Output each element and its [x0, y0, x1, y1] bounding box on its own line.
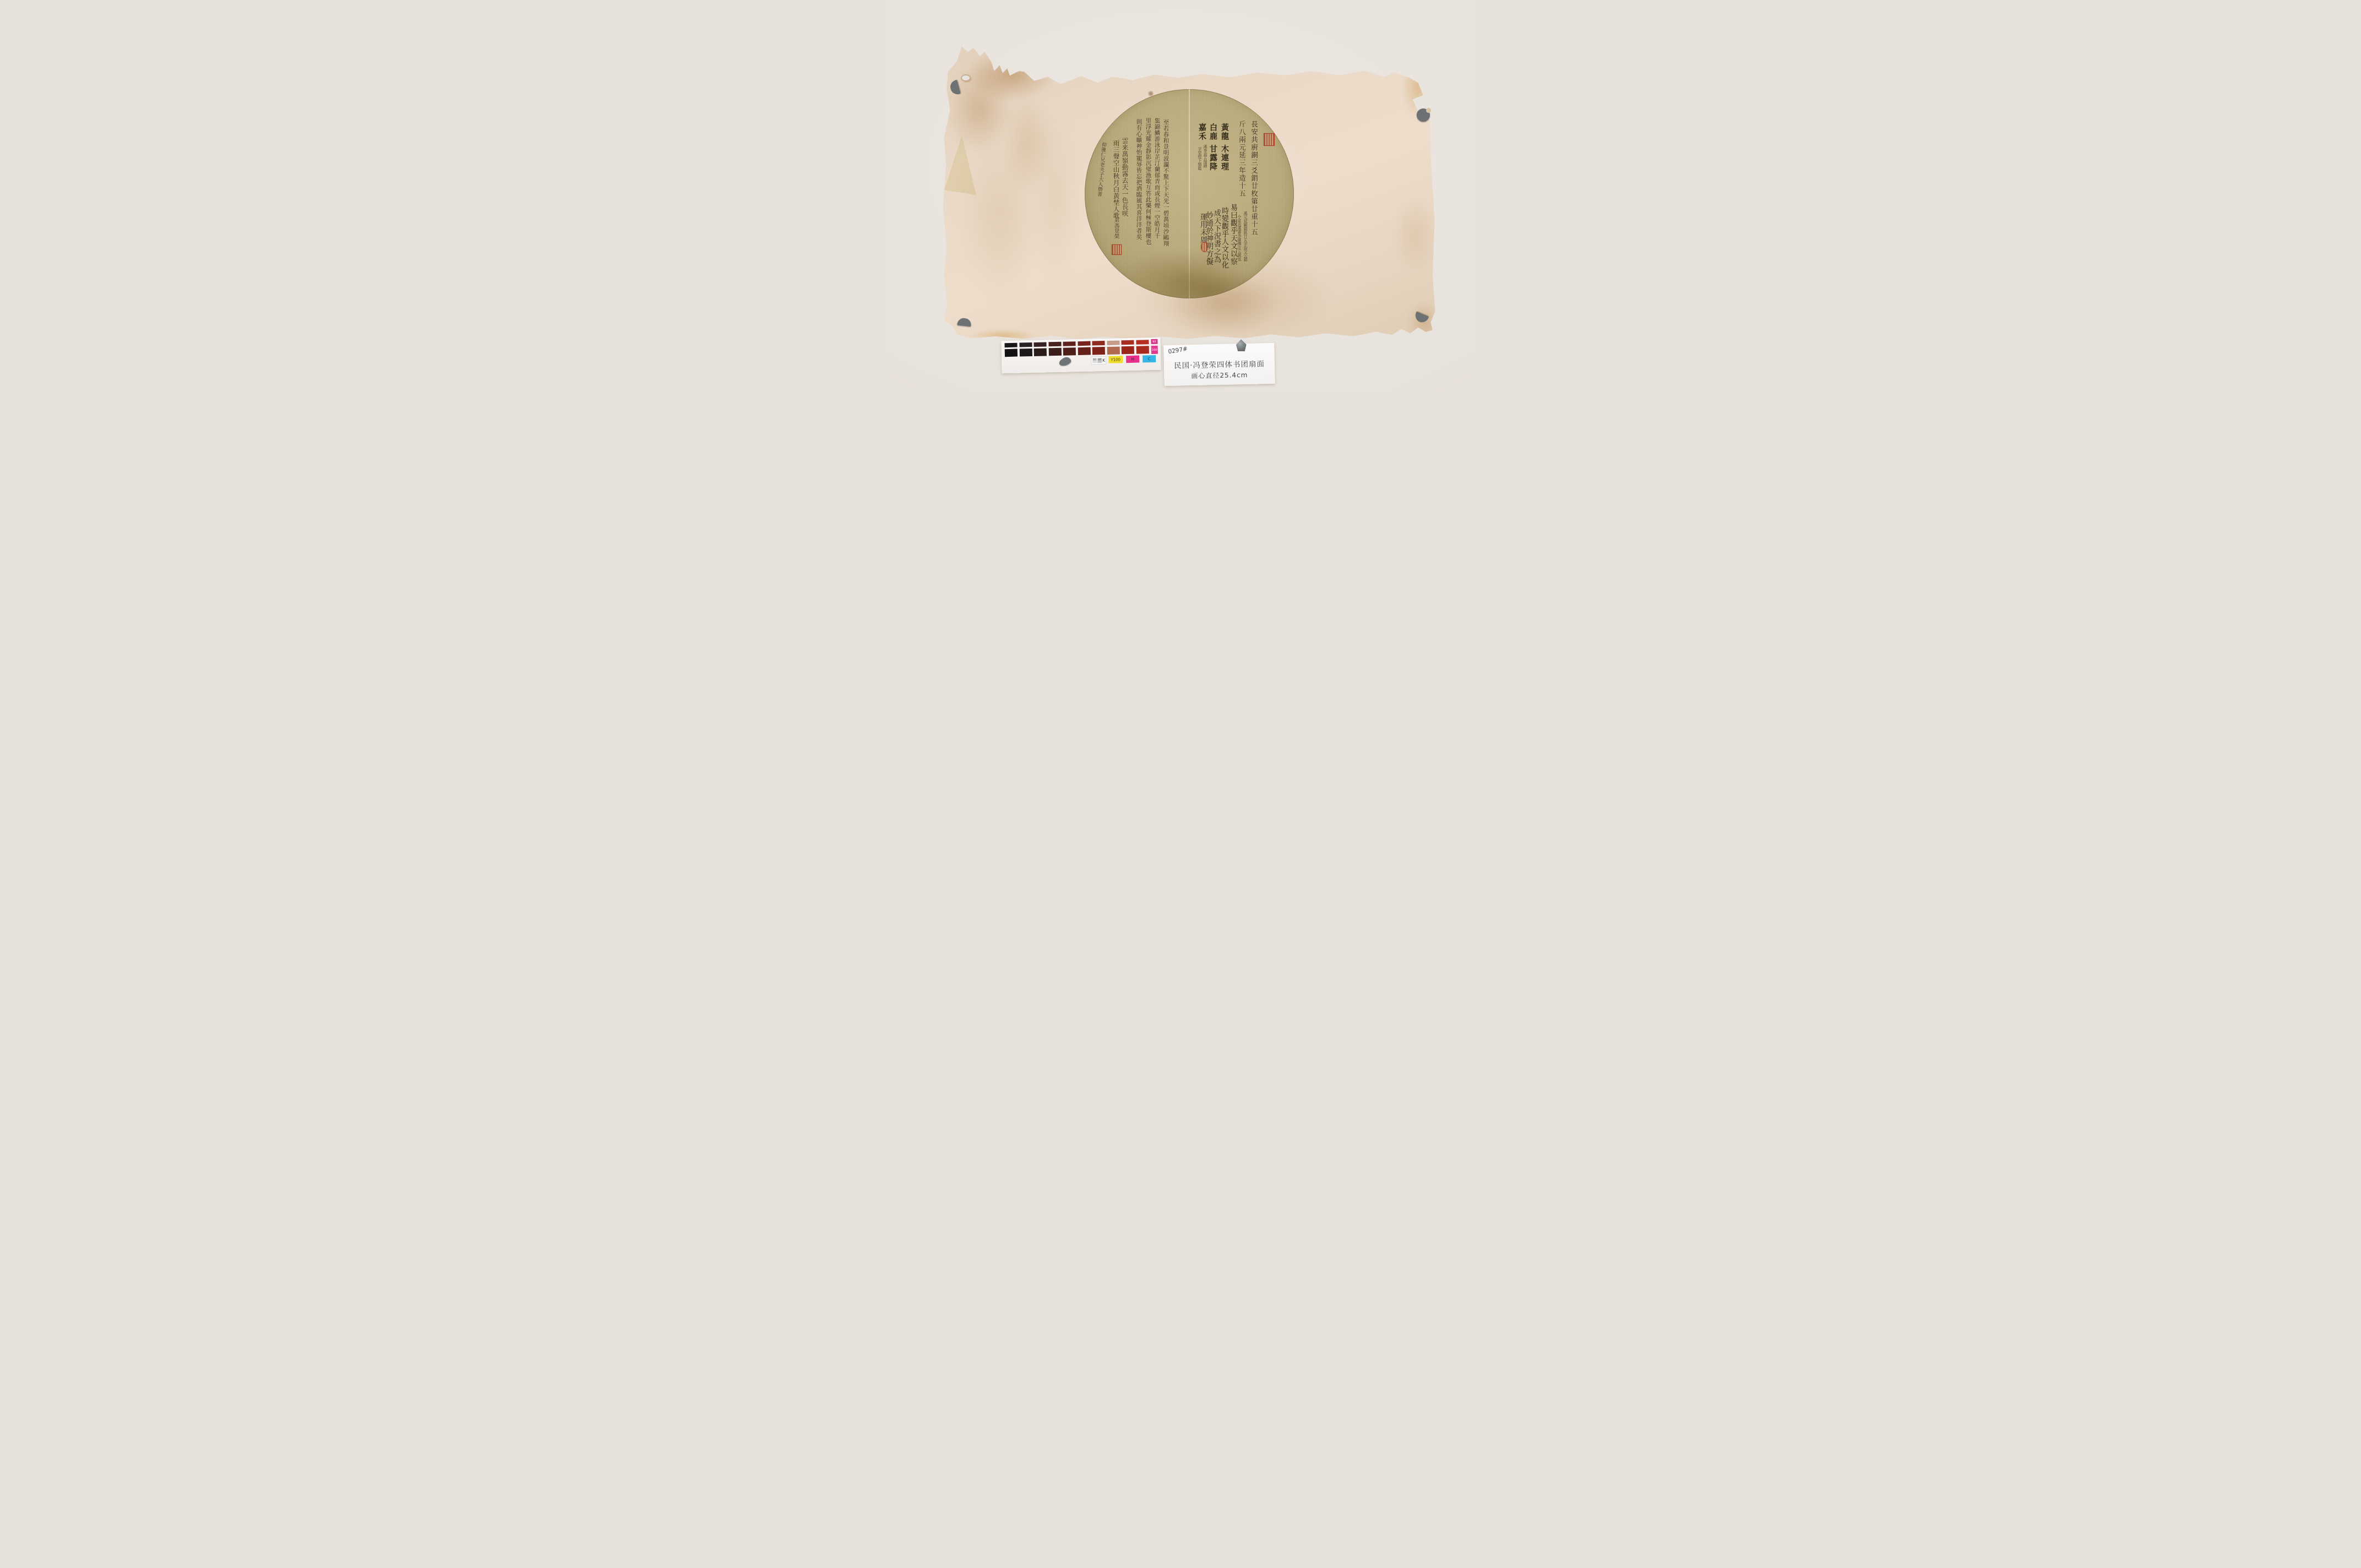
clerical-note-2: 字榮燈下憶臨 [1198, 147, 1201, 170]
cursive-column-1: 易曰觀乎天文以察 [1230, 204, 1237, 265]
photo-backdrop: 長安共廚銅三爻鋗廿枚第廿重十五 斤八兩元延三年造十五 漢元延銅鋗銘廿五字說文云鋗… [885, 0, 1476, 392]
poem-column-2: 雨三聲空山秋月白黃埜人歌 [1113, 140, 1119, 219]
catalog-number: 0297# [1168, 346, 1188, 356]
stain [967, 48, 1055, 101]
cal-c-label: C [1148, 357, 1151, 361]
cursive-column-3: 成天下況書之為 [1213, 209, 1220, 263]
oval-seal-stamp [1201, 242, 1208, 252]
catalog-label: 0297# 民国·冯登荣四体书团扇面 画心直径25.4cm [1163, 343, 1275, 386]
clerical-column-2a: 白鹿 [1209, 123, 1217, 141]
cal-patch [1063, 347, 1076, 356]
cal-y100-label: Y100 [1111, 357, 1120, 362]
signature-seal-stamp [1112, 244, 1122, 255]
cal-k-40: 40 [1097, 358, 1102, 363]
artwork-sheet: 長安共廚銅三爻鋗廿枚第廿重十五 斤八兩元延三年造十五 漢元延銅鋗銘廿五字說文云鋗… [937, 43, 1438, 345]
poem-column-1: 雲来萬嶺動霧去天一色長咲 [1122, 138, 1128, 217]
regular-column-1: 至若春和景明波瀾不驚上下天光一碧萬頃沙鷗翔 [1163, 119, 1169, 247]
stain [946, 65, 1013, 153]
clerical-note-1: 漢李翕五瑞碑 [1203, 145, 1207, 168]
stain [959, 137, 1041, 302]
seal-script-column-1: 長安共廚銅三爻鋗廿枚第廿重十五 [1250, 121, 1258, 236]
cal-patch [1092, 341, 1105, 346]
cal-patch [1136, 340, 1149, 345]
cal-patch [1048, 348, 1061, 356]
stain [1030, 109, 1080, 291]
seal-script-column-2: 斤八兩元延三年造十五 [1238, 121, 1245, 198]
under-sheet-corner [944, 135, 976, 195]
cal-90-label: 90 [1152, 340, 1156, 343]
cal-patch [1019, 349, 1032, 357]
signature-column: 弟馮登榮 [1113, 217, 1119, 238]
stain [1394, 197, 1438, 274]
cursive-column-2: 時變觀乎人文以化 [1221, 207, 1228, 269]
cal-patch [1136, 346, 1149, 354]
stone-weight-on-label [1234, 339, 1248, 352]
dedication-column: 仰蓮仁兄老夫子大人僭書 [1096, 142, 1106, 197]
cal-k-patch: 80 40 K [1091, 356, 1106, 365]
clerical-column-1b: 木連理 [1221, 145, 1228, 171]
cal-k-80: 80 [1092, 358, 1097, 363]
clerical-column-3a: 嘉禾 [1198, 123, 1206, 141]
paper-hole [961, 74, 971, 81]
cal-patch [1034, 348, 1047, 356]
cal-patch [1122, 346, 1134, 355]
regular-column-2: 集錦鱗游泳岸芷汀蘭郁青而或長煙一空皓月千 [1154, 118, 1160, 239]
cal-m-patch: M [1126, 356, 1139, 363]
cal-patch [1121, 340, 1134, 345]
seal-script-note-2: 小盆也漢書李廣傳注云銚也 [1237, 215, 1241, 261]
fan-circle: 長安共廚銅三爻鋗廿枚第廿重十五 斤八兩元延三年造十五 漢元延銅鋗銘廿五字說文云鋗… [1085, 89, 1294, 298]
stain [1003, 95, 1052, 194]
label-dimension: 画心直径25.4cm [1164, 369, 1275, 381]
stone-weight-on-strip [1058, 356, 1072, 367]
cursive-column-5: 運用未周 [1199, 213, 1206, 244]
cal-patch [1005, 349, 1018, 357]
cal-patch [1107, 346, 1119, 355]
red-seal-stamp [1264, 133, 1275, 146]
cal-patch-magenta-100: 100 [1151, 346, 1158, 354]
seal-script-note-1: 漢元延銅鋗銘廿五字說文云鋗 [1243, 211, 1247, 262]
cal-100-label: 100 [1152, 348, 1157, 351]
cal-patch-magenta-90: 90 [1151, 339, 1157, 344]
cal-patch [1019, 342, 1032, 347]
label-title: 民国·冯登荣四体书团扇面 [1164, 357, 1275, 371]
cal-c-patch: C [1143, 355, 1156, 363]
stain [1407, 302, 1440, 343]
cal-patch [1078, 347, 1090, 356]
cal-m-label: M [1131, 357, 1134, 361]
cal-patch [1033, 342, 1046, 347]
cal-patch [1048, 342, 1061, 347]
cal-patch [1063, 341, 1075, 346]
cal-patch [1107, 340, 1119, 345]
clerical-column-2b: 甘露降 [1209, 145, 1217, 171]
cal-k-letter: K [1102, 358, 1105, 363]
color-calibration-strip: 90 100 80 40 K Y100 M C [1001, 337, 1161, 374]
stain [1173, 59, 1201, 76]
cal-patch [1004, 343, 1017, 348]
weight-notch [1426, 108, 1431, 113]
cal-patch [1078, 341, 1090, 346]
cal-y100-patch: Y100 [1108, 356, 1123, 363]
clerical-column-1a: 黃龍 [1221, 123, 1228, 141]
cal-patch [1092, 347, 1105, 355]
regular-column-3: 里浮光耀金靜影沉璧漁歌互答此樂何極登斯樓也 [1145, 118, 1151, 245]
regular-column-4: 則有心曠神怡寵辱皆忘把酒臨風其喜洋洋者矣 [1136, 119, 1142, 240]
